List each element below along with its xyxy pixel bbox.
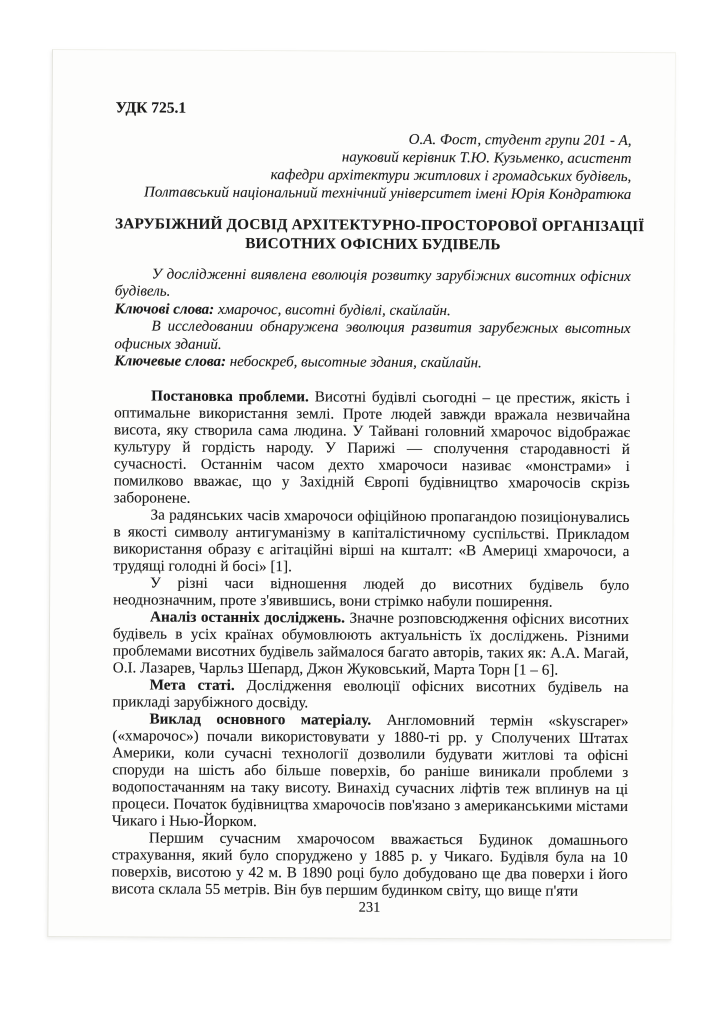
document-page: УДК 725.1 О.А. Фост, студент групи 201 -… <box>47 49 676 940</box>
paragraph-text: Англомовний термін «skyscraper» («хмароч… <box>112 712 629 830</box>
body-paragraph: Мета статі. Дослідження еволюції офісних… <box>113 677 629 714</box>
body-paragraph: Аналіз останніх досліджень. Значне розпо… <box>113 609 629 680</box>
byline-line: Полтавський національний технічний уніве… <box>115 183 631 204</box>
body-paragraph: Виклад основного матеріалу. Англомовний … <box>112 711 629 833</box>
keywords-label: Ключевые слова: <box>114 353 226 370</box>
udc-code: УДК 725.1 <box>116 99 632 120</box>
abstract-text: хмарочос, висотні будівлі, скайлайн. <box>214 302 451 319</box>
abstract-block: У дослідженні виявлена еволюція розвитку… <box>114 266 631 373</box>
title-line: ВИСОТНИХ ОФІСНИХ БУДІВЕЛЬ <box>115 233 631 255</box>
paragraph-text: У різні часи відношення людей до висотни… <box>113 575 629 611</box>
body-paragraph: Постановка проблеми. Висотні будівлі сьо… <box>114 388 631 510</box>
body-paragraph: Першим сучасним хмарочосом вважається Бу… <box>112 830 628 901</box>
abstract-text: У дослідженні виявлена еволюція розвитку… <box>115 267 631 301</box>
section-heading: Мета статі. <box>150 677 235 694</box>
scan-canvas: УДК 725.1 О.А. Фост, студент групи 201 -… <box>0 0 724 1024</box>
article-body: Постановка проблеми. Висотні будівлі сьо… <box>112 388 631 901</box>
abstract-paragraph: Ключевые слова: небоскреб, высотные здан… <box>114 353 630 373</box>
author-byline: О.А. Фост, студент групи 201 - А,наукови… <box>115 129 631 204</box>
section-heading: Аналіз останніх досліджень. <box>150 609 345 627</box>
abstract-paragraph: У дослідженні виявлена еволюція розвитку… <box>115 266 631 304</box>
body-paragraph: У різні часи відношення людей до висотни… <box>113 575 629 612</box>
abstract-text: В исследовании обнаружена эволюция разви… <box>114 319 630 353</box>
body-paragraph: За радянських часів хмарочоси офіційною … <box>113 507 629 578</box>
paragraph-text: За радянських часів хмарочоси офіційною … <box>113 507 629 576</box>
section-heading: Виклад основного матеріалу. <box>149 711 371 729</box>
section-heading: Постановка проблеми. <box>151 388 309 406</box>
abstract-paragraph: В исследовании обнаружена эволюция разви… <box>114 319 630 357</box>
title-line: ЗАРУБІЖНИЙ ДОСВІД АРХІТЕКТУРНО-ПРОСТОРОВ… <box>115 214 631 236</box>
paragraph-text: Висотні будівлі сьогодні – це престиж, я… <box>114 389 631 507</box>
keywords-label: Ключові слова: <box>115 301 215 318</box>
page-number: 231 <box>111 899 627 919</box>
abstract-text: небоскреб, высотные здания, скайлайн. <box>226 354 482 371</box>
article-title: ЗАРУБІЖНИЙ ДОСВІД АРХІТЕКТУРНО-ПРОСТОРОВ… <box>115 214 631 255</box>
paragraph-text: Першим сучасним хмарочосом вважається Бу… <box>112 830 628 900</box>
page-content: УДК 725.1 О.А. Фост, студент групи 201 -… <box>111 99 631 918</box>
